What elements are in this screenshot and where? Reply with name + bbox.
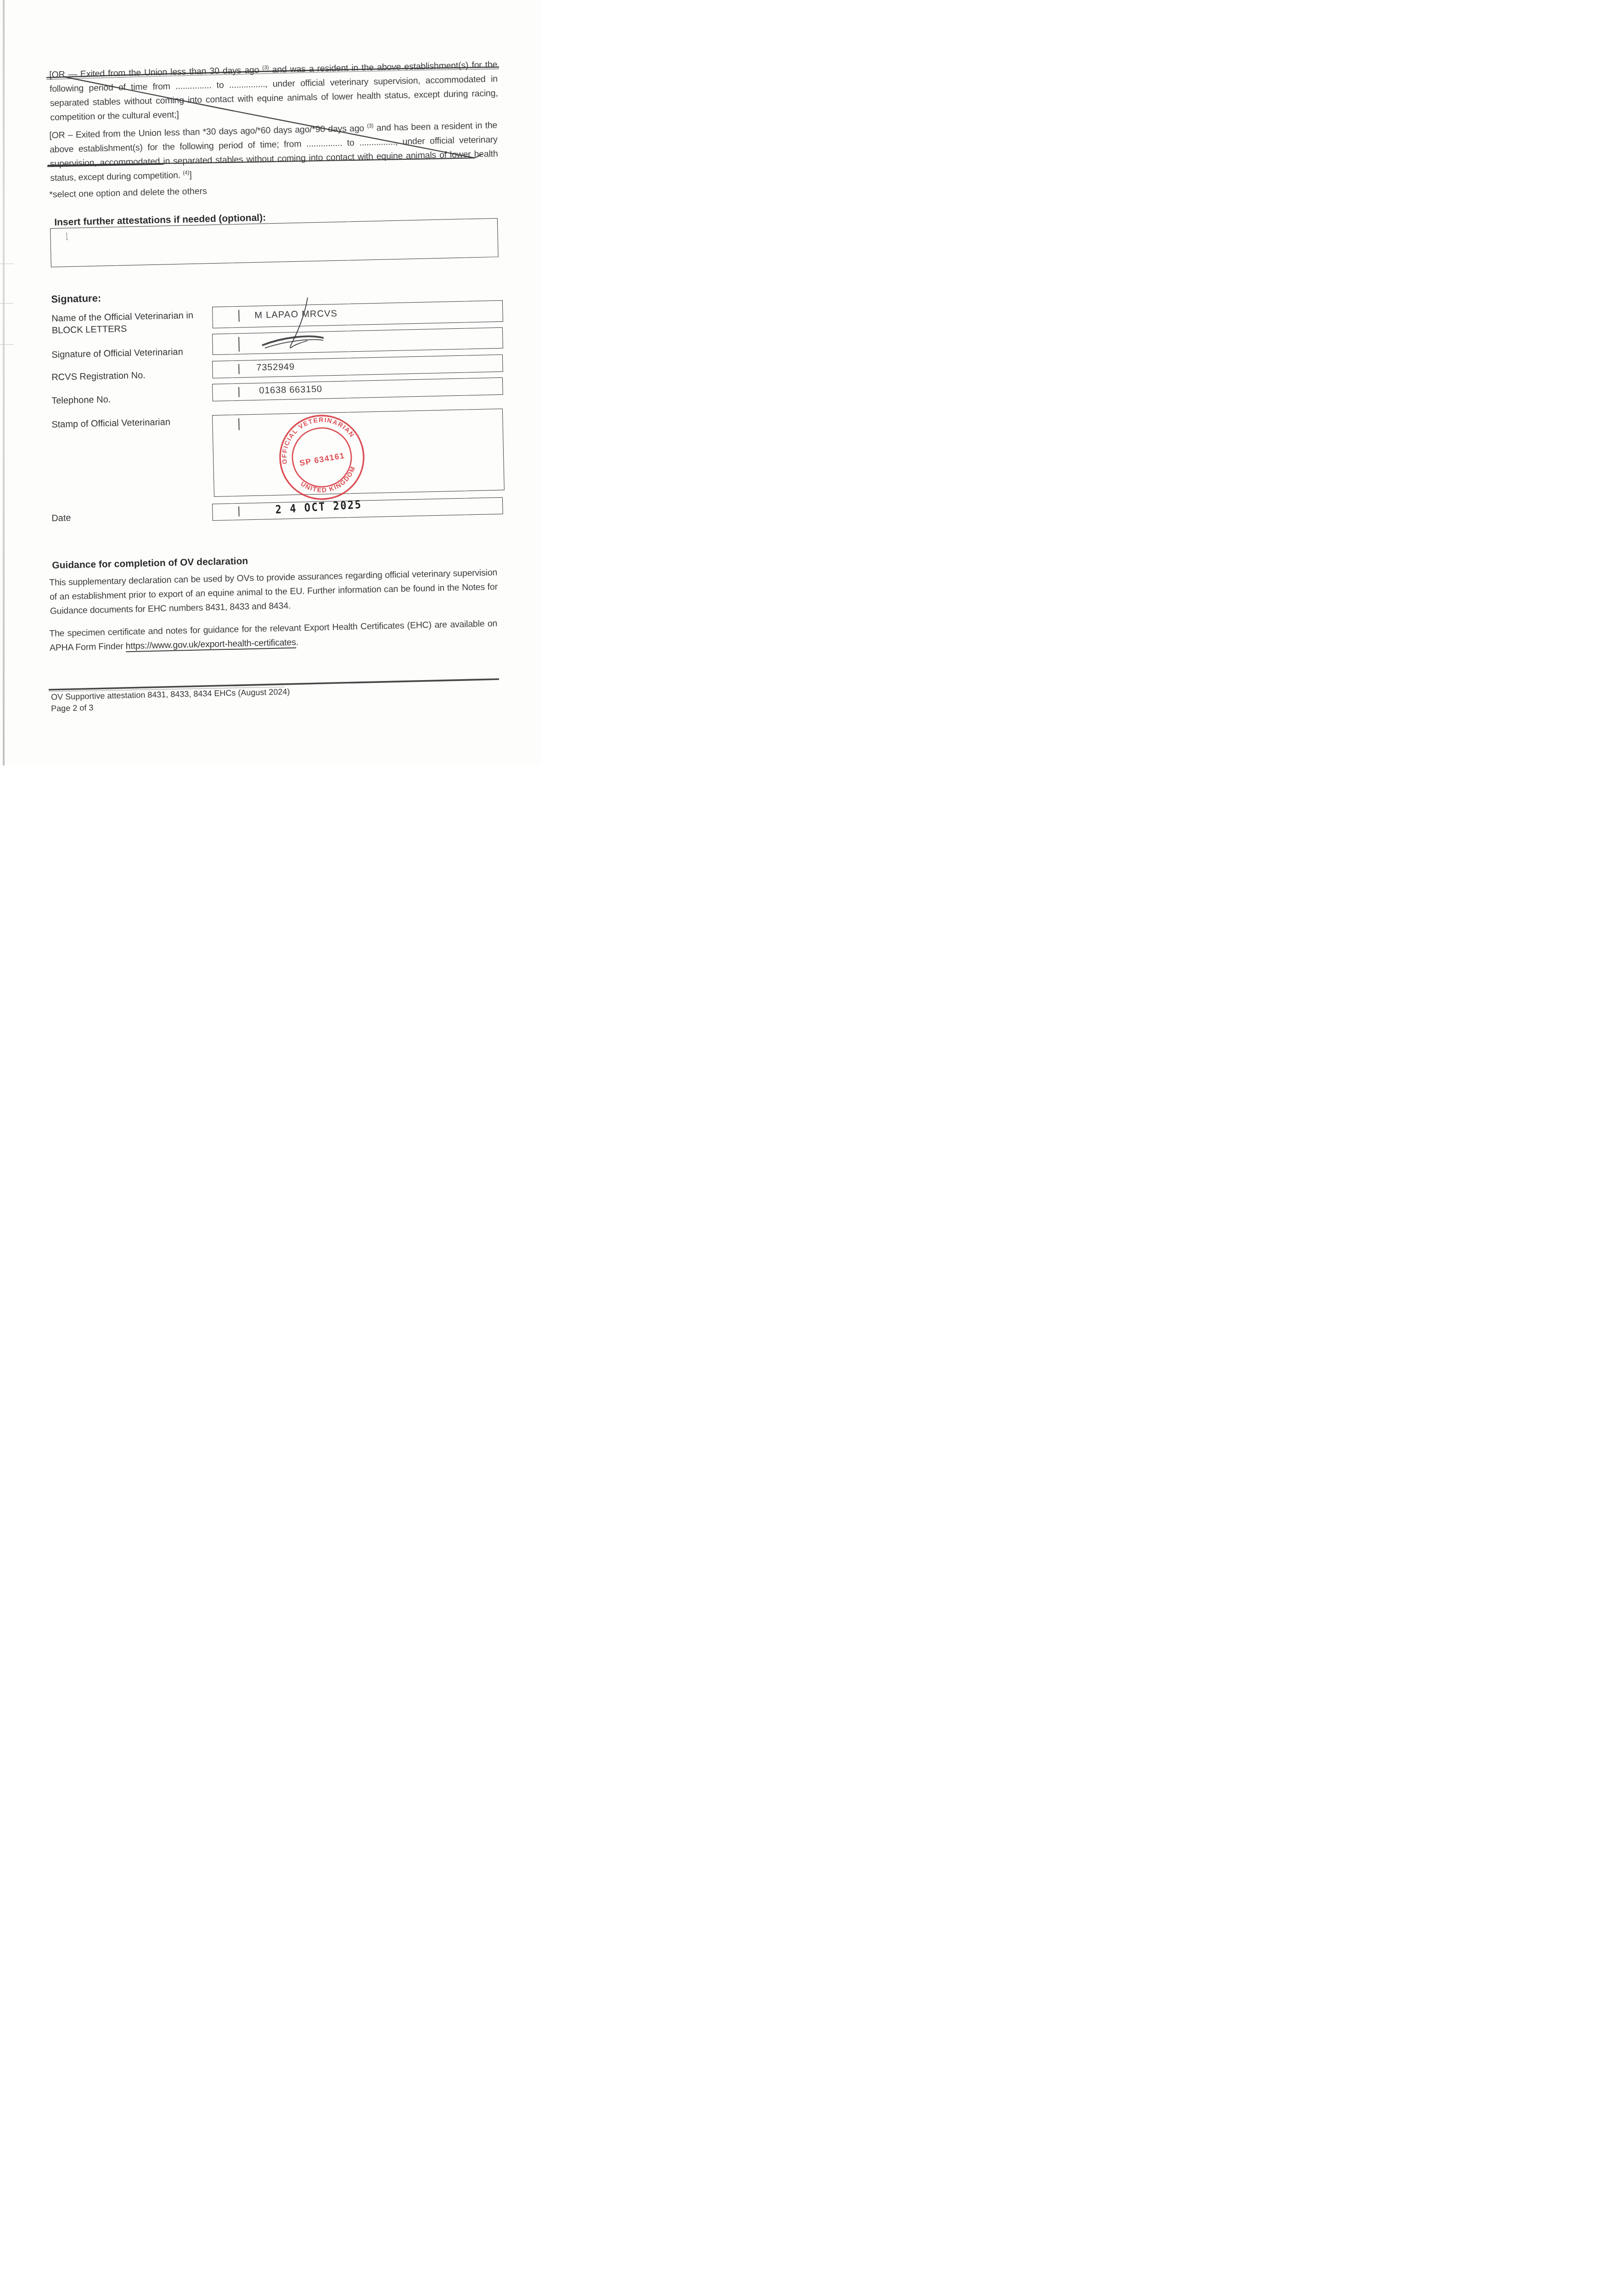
stamp-label: Stamp of Official Veterinarian xyxy=(51,415,213,431)
footnote-ref-3: (3) xyxy=(367,122,373,129)
ov-name-field[interactable]: M LAPAO MRCVS xyxy=(212,300,503,328)
apha-form-finder-link[interactable]: https://www.gov.uk/export-health-certifi… xyxy=(125,637,296,652)
select-option-note: *select one option and delete the others xyxy=(49,186,207,200)
specimen-paragraph: The specimen certificate and notes for g… xyxy=(49,617,498,655)
date-stamp-value: 2 4 OCT 2025 xyxy=(275,498,362,516)
scanner-artifact-line xyxy=(0,344,14,345)
option2-text: [OR – Exited from the Union less than *3… xyxy=(49,123,367,141)
footer-document-reference: OV Supportive attestation 8431, 8433, 84… xyxy=(51,687,290,702)
option-paragraph-1: [OR — Exited from the Union less than 30… xyxy=(49,58,499,125)
footnote-ref-4: (4) xyxy=(183,169,189,176)
scanner-edge-artifact xyxy=(3,0,5,765)
date-field[interactable]: 2 4 OCT 2025 xyxy=(212,497,503,521)
cell-divider-tick xyxy=(238,506,239,517)
stray-ink-mark xyxy=(66,233,67,240)
cell-divider-tick xyxy=(238,418,240,430)
option2-text-end: ] xyxy=(189,170,192,180)
option-paragraph-2: [OR – Exited from the Union less than *3… xyxy=(49,118,499,186)
scanner-artifact-line xyxy=(0,303,14,304)
rcvs-number-field[interactable]: 7352949 xyxy=(212,355,503,378)
scanned-document-page: [OR — Exited from the Union less than 30… xyxy=(0,0,541,765)
cell-divider-tick xyxy=(238,310,240,322)
telephone-field[interactable]: 01638 663150 xyxy=(212,377,503,401)
cell-divider-tick xyxy=(238,387,239,397)
scanner-artifact-line xyxy=(0,264,14,264)
rcvs-number-label: RCVS Registration No. xyxy=(51,368,213,383)
ov-name-value: M LAPAO MRCVS xyxy=(254,309,337,321)
ov-signature-label: Signature of Official Veterinarian xyxy=(51,345,213,361)
signature-section-heading: Signature: xyxy=(51,293,101,305)
option1-text: [OR — Exited from the Union less than 30… xyxy=(49,65,263,80)
ov-signature-field[interactable] xyxy=(212,327,503,355)
telephone-label: Telephone No. xyxy=(51,391,213,407)
ov-name-label: Name of the Official Veterinarian in BLO… xyxy=(51,309,213,337)
cell-divider-tick xyxy=(238,337,240,352)
date-label: Date xyxy=(51,509,213,524)
guidance-heading: Guidance for completion of OV declaratio… xyxy=(52,556,248,571)
specimen-text-end: . xyxy=(296,637,298,647)
footnote-ref-3: (3) xyxy=(262,64,269,71)
telephone-value: 01638 663150 xyxy=(259,384,322,396)
guidance-paragraph: This supplementary declaration can be us… xyxy=(49,566,498,619)
cell-divider-tick xyxy=(238,364,239,374)
footer-page-number: Page 2 of 3 xyxy=(51,703,94,714)
rcvs-number-value: 7352949 xyxy=(256,362,295,373)
stamp-field[interactable] xyxy=(212,409,505,497)
